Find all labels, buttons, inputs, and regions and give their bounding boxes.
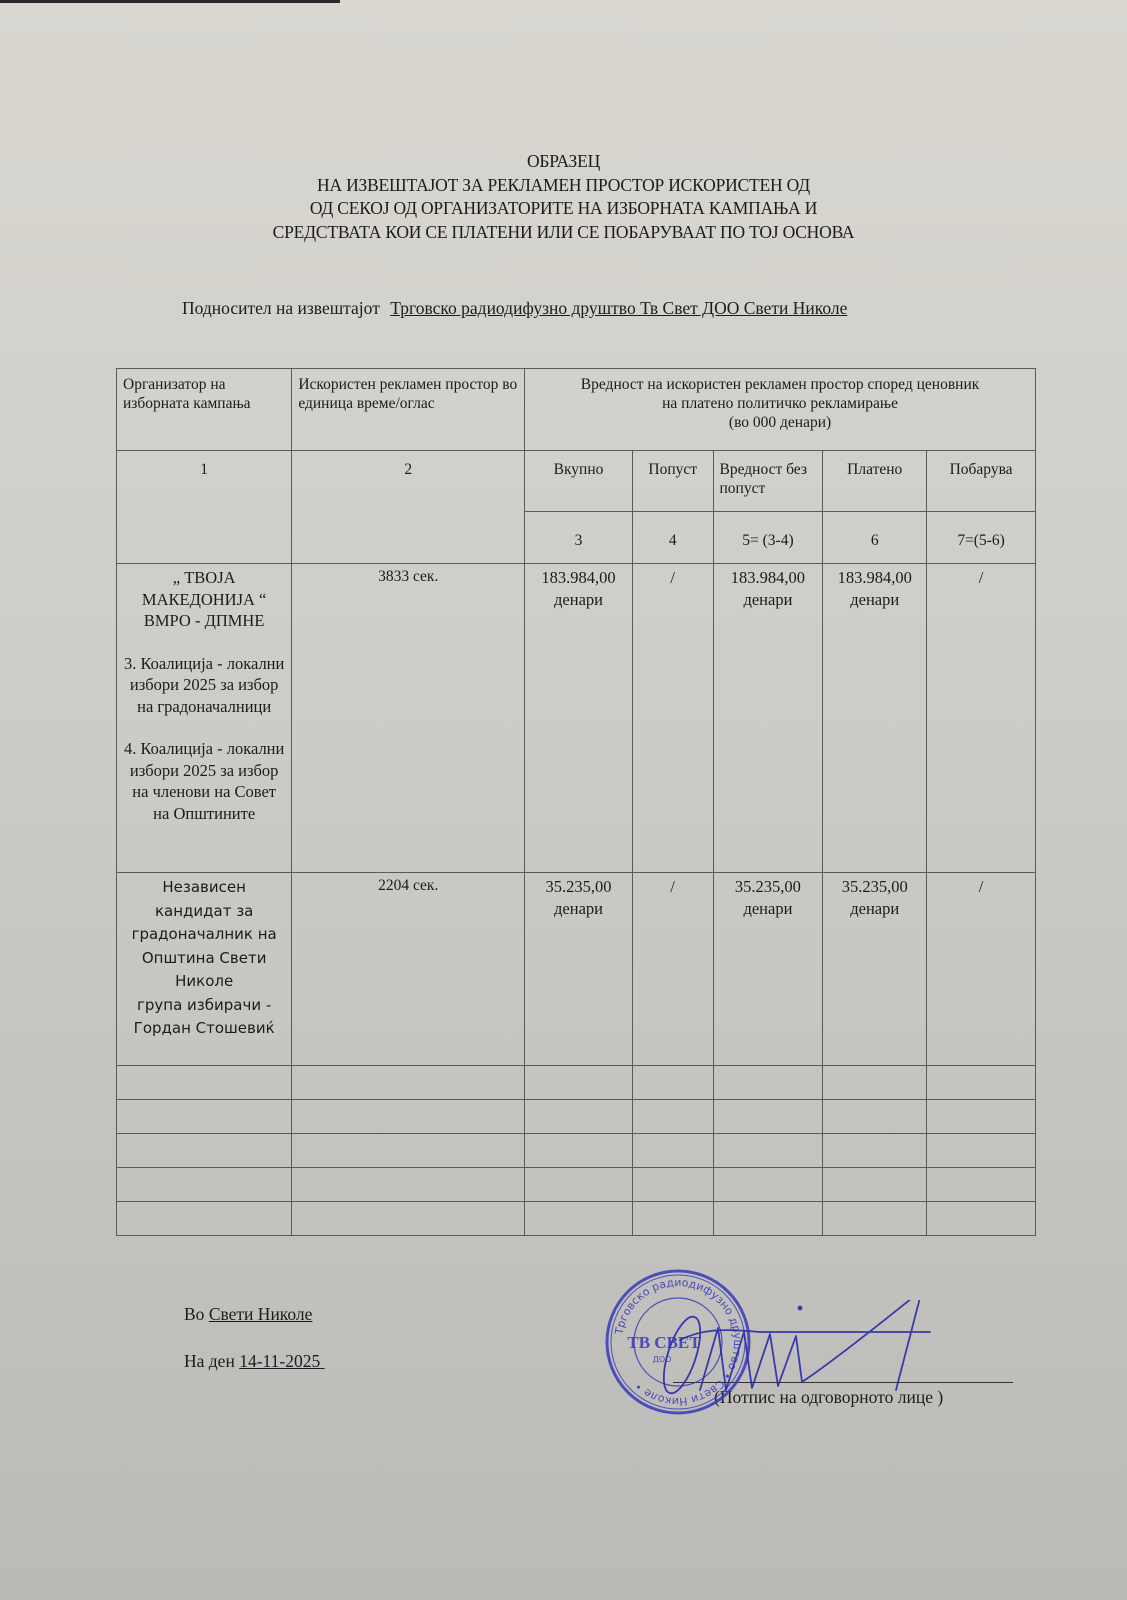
header-total: Вкупно [525, 451, 633, 512]
header-discount: Попуст [632, 451, 713, 512]
empty-cell [525, 1202, 633, 1236]
value-without-discount-cell: 183.984,00 денари [713, 564, 823, 873]
organizer-name: Независен кандидат за градоначалник на О… [123, 876, 285, 994]
title-line: ОД СЕКОЈ ОД ОРГАНИЗАТОРИТЕ НА ИЗБОРНАТА … [0, 197, 1127, 221]
empty-rows [117, 1066, 1036, 1236]
empty-cell [525, 1134, 633, 1168]
empty-cell [823, 1100, 927, 1134]
header-paid: Платено [823, 451, 927, 512]
empty-table-row [117, 1168, 1036, 1202]
date: На ден 14-11-2025 [184, 1351, 325, 1372]
document-page: ОБРАЗЕЦ НА ИЗВЕШТАЈОТ ЗА РЕКЛАМЕН ПРОСТО… [0, 0, 1127, 1600]
claims-cell: / [927, 564, 1036, 873]
empty-cell [927, 1134, 1036, 1168]
empty-cell [117, 1202, 292, 1236]
submitter: Подносител на извештајот Трговско радиод… [182, 298, 847, 319]
empty-cell [713, 1202, 823, 1236]
organizer-party: ВМРО - ДПМНЕ [123, 610, 285, 632]
empty-cell [823, 1202, 927, 1236]
empty-cell [713, 1134, 823, 1168]
report-table: Организатор на изборната кампања Искорис… [116, 368, 1036, 1236]
organizer-group: група избирачи - Гордан Стошевиќ [123, 994, 285, 1041]
header-value-line: Вредност на искористен рекламен простор … [531, 375, 1029, 394]
submitter-label: Подносител на извештајот [182, 298, 380, 318]
empty-cell [927, 1066, 1036, 1100]
place: Во Свети Николе [184, 1304, 312, 1325]
empty-cell [927, 1202, 1036, 1236]
page-edge-shadow [0, 0, 340, 3]
date-value: 14-11-2025 [239, 1351, 320, 1371]
empty-cell [292, 1066, 525, 1100]
empty-cell [823, 1066, 927, 1100]
empty-cell [292, 1168, 525, 1202]
empty-cell [713, 1066, 823, 1100]
empty-table-row [117, 1100, 1036, 1134]
empty-cell [823, 1168, 927, 1202]
empty-cell [292, 1202, 525, 1236]
organizer-sub-item: 3. Коалиција - локални избори 2025 за из… [123, 653, 285, 718]
empty-cell [632, 1168, 713, 1202]
column-number-3: 3 [525, 512, 633, 564]
column-number-5: 5= (3-4) [713, 512, 823, 564]
document-title: ОБРАЗЕЦ НА ИЗВЕШТАЈОТ ЗА РЕКЛАМЕН ПРОСТО… [0, 150, 1127, 244]
empty-cell [117, 1100, 292, 1134]
header-claims: Побарува [927, 451, 1036, 512]
empty-cell [632, 1066, 713, 1100]
signature-icon [660, 1300, 980, 1400]
discount-cell: / [632, 564, 713, 873]
empty-cell [117, 1134, 292, 1168]
title-line: ОБРАЗЕЦ [0, 150, 1127, 174]
empty-cell [713, 1168, 823, 1202]
column-number-6: 6 [823, 512, 927, 564]
column-number-1: 1 [117, 451, 292, 564]
title-line: СРЕДСТВАТА КОИ СЕ ПЛАТЕНИ ИЛИ СЕ ПОБАРУВ… [0, 221, 1127, 245]
space-used-cell: 2204 сек. [292, 873, 525, 1066]
empty-cell [525, 1100, 633, 1134]
total-cell: 35.235,00 денари [525, 873, 633, 1066]
column-number-7: 7=(5-6) [927, 512, 1036, 564]
header-space-used: Искористен рекламен простор во единица в… [292, 369, 525, 451]
organizer-name: „ ТВОЈА МАКЕДОНИЈА “ [123, 567, 285, 610]
empty-cell [525, 1066, 633, 1100]
column-number-2: 2 [292, 451, 525, 564]
header-row: Организатор на изборната кампања Искорис… [117, 369, 1036, 451]
paid-cell: 183.984,00 денари [823, 564, 927, 873]
empty-cell [525, 1168, 633, 1202]
table-row: Независен кандидат за градоначалник на О… [117, 873, 1036, 1066]
subheader-row: 1 2 Вкупно Попуст Вредност без попуст Пл… [117, 451, 1036, 512]
header-organizer: Организатор на изборната кампања [117, 369, 292, 451]
title-line: НА ИЗВЕШТАЈОТ ЗА РЕКЛАМЕН ПРОСТОР ИСКОРИ… [0, 174, 1127, 198]
total-cell: 183.984,00 денари [525, 564, 633, 873]
header-value-line: на платено политичко рекламирање [531, 394, 1029, 413]
submitter-value: Трговско радиодифузно друштво Тв Свет ДО… [390, 298, 847, 318]
header-value-line: (во 000 денари) [531, 413, 1029, 432]
organizer-cell: „ ТВОЈА МАКЕДОНИЈА “ ВМРО - ДПМНЕ 3. Коа… [117, 564, 292, 873]
claims-cell: / [927, 873, 1036, 1066]
place-value: Свети Николе [209, 1304, 313, 1324]
empty-cell [823, 1134, 927, 1168]
place-label: Во [184, 1304, 204, 1324]
empty-cell [713, 1100, 823, 1134]
organizer-cell: Независен кандидат за градоначалник на О… [117, 873, 292, 1066]
empty-table-row [117, 1202, 1036, 1236]
empty-cell [632, 1202, 713, 1236]
empty-cell [927, 1100, 1036, 1134]
header-value-without-discount: Вредност без попуст [713, 451, 823, 512]
empty-cell [117, 1066, 292, 1100]
date-label: На ден [184, 1351, 235, 1371]
column-number-4: 4 [632, 512, 713, 564]
empty-table-row [117, 1134, 1036, 1168]
empty-cell [632, 1100, 713, 1134]
discount-cell: / [632, 873, 713, 1066]
empty-cell [292, 1134, 525, 1168]
empty-table-row [117, 1066, 1036, 1100]
organizer-sub-item: 4. Коалиција - локални избори 2025 за из… [123, 738, 285, 824]
empty-cell [292, 1100, 525, 1134]
space-used-cell: 3833 сек. [292, 564, 525, 873]
header-value-group: Вредност на искористен рекламен простор … [525, 369, 1036, 451]
value-without-discount-cell: 35.235,00 денари [713, 873, 823, 1066]
empty-cell [117, 1168, 292, 1202]
table-row: „ ТВОЈА МАКЕДОНИЈА “ ВМРО - ДПМНЕ 3. Коа… [117, 564, 1036, 873]
empty-cell [632, 1134, 713, 1168]
empty-cell [927, 1168, 1036, 1202]
paid-cell: 35.235,00 денари [823, 873, 927, 1066]
